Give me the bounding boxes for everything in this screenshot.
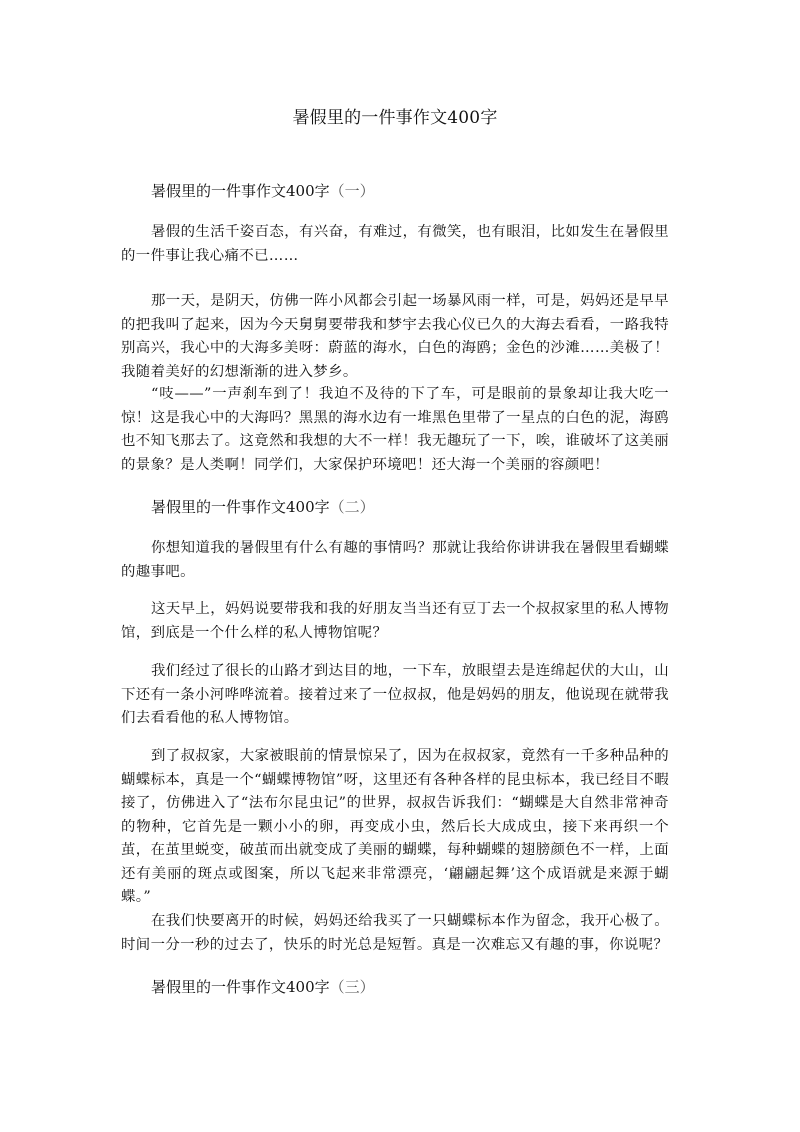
section-2-paragraph-5: 在我们快要离开的时候，妈妈还给我买了一只蝴蝶标本作为留念，我开心极了。时间一分一… (121, 910, 669, 957)
section-1-paragraph-3: “吱——”一声刹车到了！我迫不及待的下了车，可是眼前的景象却让我大吃一惊！这是我… (121, 383, 669, 477)
section-2-paragraph-2: 这天早上，妈妈说要带我和我的好朋友当当还有豆丁去一个叔叔家里的私人博物馆，到底是… (121, 598, 669, 645)
section-2-heading: 暑假里的一件事作文400字（二） (121, 496, 669, 518)
paragraph: 在我们快要离开的时候，妈妈还给我买了一只蝴蝶标本作为留念，我开心极了。时间一分一… (121, 910, 669, 957)
section-heading-number: （一） (330, 182, 375, 200)
section-3-heading: 暑假里的一件事作文400字（三） (121, 976, 669, 998)
paragraph: 你想知道我的暑假里有什么有趣的事情吗？那就让我给你讲讲我在暑假里看蝴蝶的趣事吧。 (121, 537, 669, 584)
section-heading-text: 暑假里的一件事作文400字 (151, 182, 330, 200)
section-2-paragraph-3: 我们经过了很长的山路才到达目的地，一下车，放眼望去是连绵起伏的大山，山下还有一条… (121, 660, 669, 731)
section-heading-number: （二） (330, 498, 375, 516)
section-heading-text: 暑假里的一件事作文400字 (151, 498, 330, 516)
section-1-paragraph-2: 那一天，是阴天，仿佛一阵小风都会引起一场暴风雨一样，可是，妈妈还是早早的把我叫了… (121, 290, 669, 384)
paragraph: “吱——”一声刹车到了！我迫不及待的下了车，可是眼前的景象却让我大吃一惊！这是我… (121, 383, 669, 477)
section-heading-text: 暑假里的一件事作文400字 (151, 978, 330, 996)
paragraph: 那一天，是阴天，仿佛一阵小风都会引起一场暴风雨一样，可是，妈妈还是早早的把我叫了… (121, 290, 669, 384)
paragraph: 这天早上，妈妈说要带我和我的好朋友当当还有豆丁去一个叔叔家里的私人博物馆，到底是… (121, 598, 669, 645)
section-1-heading: 暑假里的一件事作文400字（一） (121, 180, 669, 202)
section-heading-number: （三） (330, 978, 375, 996)
paragraph: 暑假的生活千姿百态，有兴奋，有难过，有微笑，也有眼泪，比如发生在暑假里的一件事让… (121, 221, 669, 268)
section-2-paragraph-4: 到了叔叔家，大家被眼前的情景惊呆了，因为在叔叔家，竟然有一千多种品种的蝴蝶标本，… (121, 745, 669, 910)
paragraph: 到了叔叔家，大家被眼前的情景惊呆了，因为在叔叔家，竟然有一千多种品种的蝴蝶标本，… (121, 745, 669, 910)
section-2-paragraph-1: 你想知道我的暑假里有什么有趣的事情吗？那就让我给你讲讲我在暑假里看蝴蝶的趣事吧。 (121, 537, 669, 584)
section-1-paragraph-1: 暑假的生活千姿百态，有兴奋，有难过，有微笑，也有眼泪，比如发生在暑假里的一件事让… (121, 221, 669, 268)
document-title: 暑假里的一件事作文400字 (121, 106, 669, 130)
paragraph: 我们经过了很长的山路才到达目的地，一下车，放眼望去是连绵起伏的大山，山下还有一条… (121, 660, 669, 731)
